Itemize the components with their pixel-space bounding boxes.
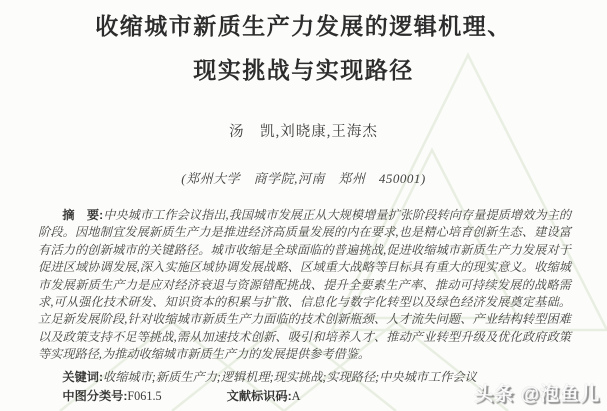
authors-line: 汤 凯,刘晓康,王海杰 [0,120,607,141]
keywords-text: 收缩城市;新质生产力;逻辑机理;现实挑战;实现路径;中央城市工作会议 [103,370,477,384]
paper-title-line1: 收缩城市新质生产力发展的逻辑机理、 [0,4,607,48]
abstract-text: 中央城市工作会议指出,我国城市发展正从大规模增量扩张阶段转向存量提质增效为主的阶… [38,208,571,361]
clc-number: 中图分类号:F061.5 [62,389,161,403]
paper-title: 收缩城市新质生产力发展的逻辑机理、 现实挑战与实现路径 [0,4,607,92]
abstract-paragraph: 摘 要:中央城市工作会议指出,我国城市发展正从大规模增量扩张阶段转向存量提质增效… [38,207,571,364]
clc-label: 中图分类号: [62,389,127,403]
document-code: 文献标识码:A [227,389,301,403]
document-code-label: 文献标识码: [227,389,292,403]
toutiao-author-watermark: 头条 @泡鱼儿 [474,379,600,406]
affiliation-line: (郑州大学 商学院,河南 郑州 450001) [0,168,607,187]
abstract-label: 摘 要: [62,208,103,222]
document-code-value: A [292,389,301,403]
clc-value: F061.5 [127,389,161,403]
paper-page: 收缩城市新质生产力发展的逻辑机理、 现实挑战与实现路径 汤 凯,刘晓康,王海杰 … [0,0,607,411]
paper-title-line2: 现实挑战与实现路径 [0,48,607,92]
keywords-label: 关键词: [62,370,103,384]
